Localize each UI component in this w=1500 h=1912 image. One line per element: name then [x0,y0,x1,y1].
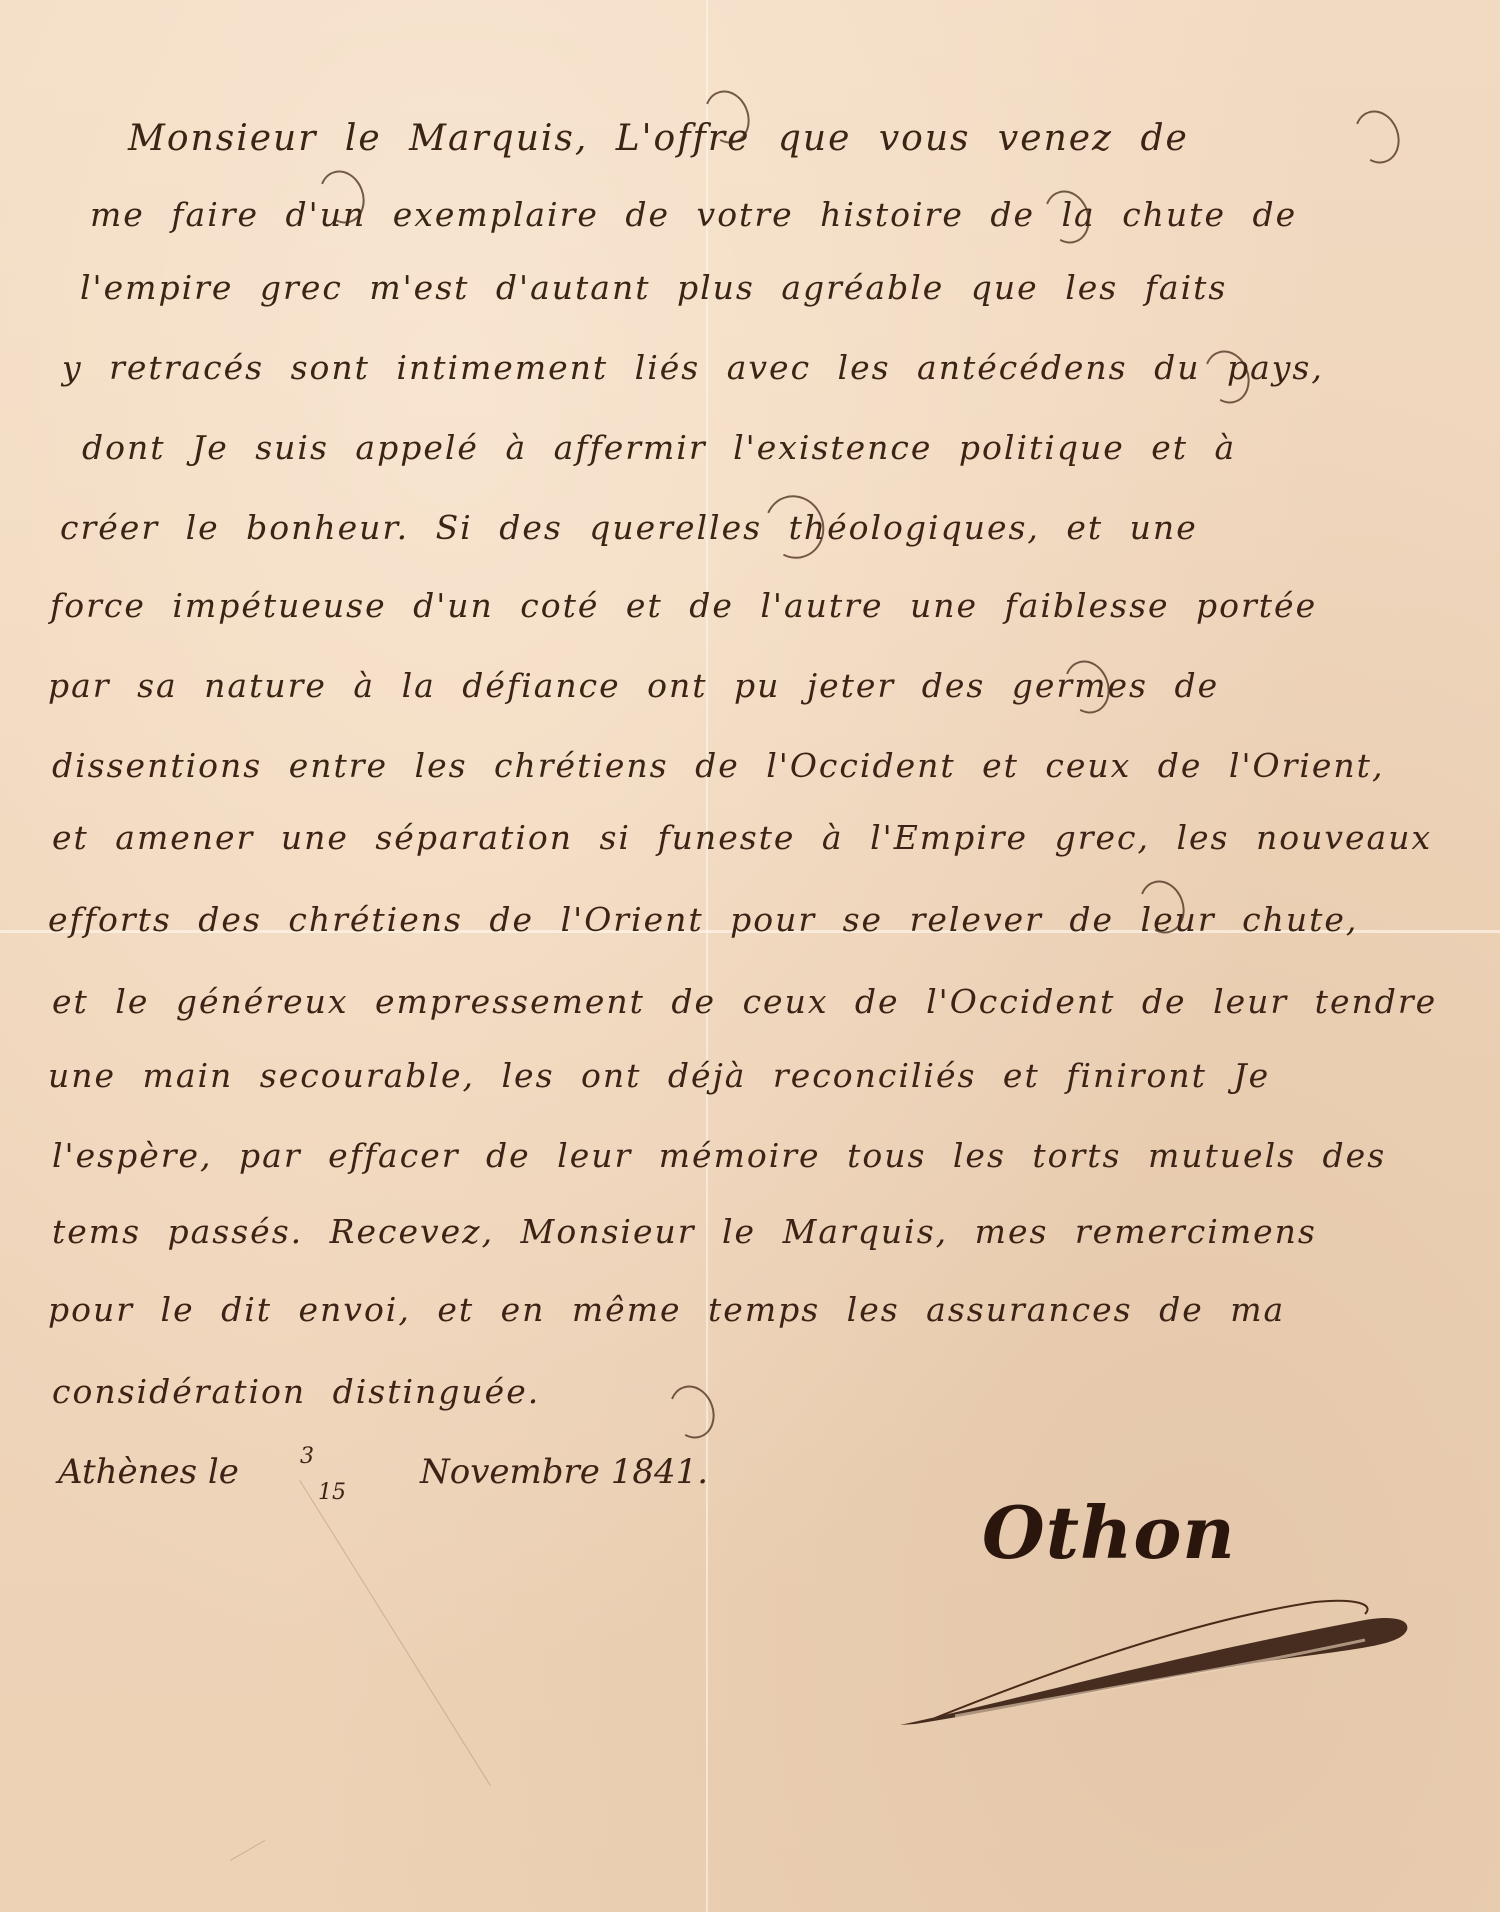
letter-line: et le généreux empressement de ceux de l… [52,982,1437,1021]
letter-line: créer le bonheur. Si des querelles théol… [60,508,1198,547]
letter-line: me faire d'un exemplaire de votre histoi… [90,195,1297,234]
place-label: Athènes le [58,1452,239,1492]
letter-line: l'empire grec m'est d'autant plus agréab… [80,268,1227,307]
ink-flourish-icon [1347,104,1407,170]
letter-line: force impétueuse d'un coté et de l'autre… [50,586,1317,625]
letter-line: par sa nature à la défiance ont pu jeter… [48,666,1219,705]
letter-line: y retracés sont intimement liés avec les… [62,348,1324,387]
day-numerator: 3 [300,1444,314,1469]
letter-line: tems passés. Recevez, Monsieur le Marqui… [52,1212,1317,1251]
ink-flourish-icon [1057,654,1117,720]
letter-line: dont Je suis appelé à affermir l'existen… [82,428,1236,467]
ink-flourish-icon [1037,184,1097,250]
month-year: Novembre 1841. [420,1452,708,1492]
letter-line: l'espère, par effacer de leur mémoire to… [52,1136,1386,1175]
ink-flourish-icon [756,487,833,567]
letter-line: considération distinguée. [52,1372,540,1411]
letter-line: Monsieur le Marquis, L'offre que vous ve… [128,118,1189,159]
letter-sheet: Monsieur le Marquis, L'offre que vous ve… [0,0,1500,1912]
letter-line: pour le dit envoi, et en même temps les … [48,1290,1285,1329]
pen-flourish-icon [895,1590,1415,1730]
ink-flourish-icon [662,1379,722,1445]
day-denominator: 15 [318,1480,346,1505]
letter-line: une main secourable, les ont déjà reconc… [48,1056,1270,1095]
letter-line: et amener une séparation si funeste à l'… [52,818,1432,857]
letter-line: dissentions entre les chrétiens de l'Occ… [52,746,1384,785]
signature: Othon [982,1490,1236,1575]
